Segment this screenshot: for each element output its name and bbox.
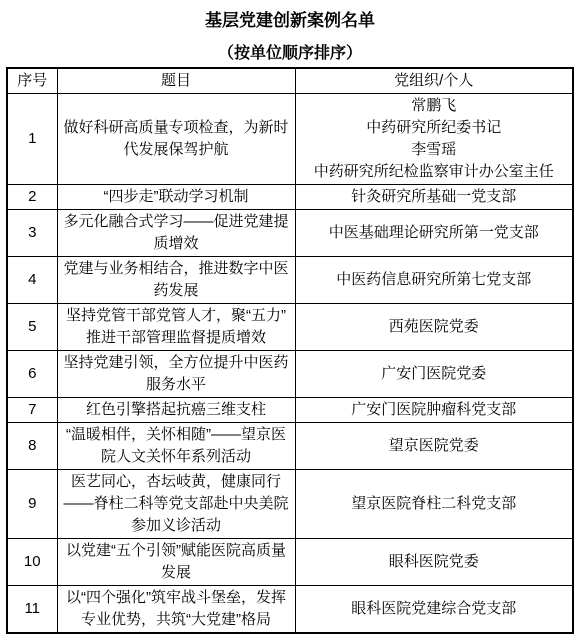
- document-subtitle: （按单位顺序排序）: [0, 44, 580, 64]
- case-title-cell: 党建与业务相结合，推进数字中医药发展: [57, 257, 295, 304]
- case-title-cell: 以党建“五个引领”赋能医院高质量发展: [57, 539, 295, 586]
- org-cell: 广安门医院肿瘤科党支部: [295, 398, 573, 423]
- org-cell: 眼科医院党建综合党支部: [295, 586, 573, 634]
- case-title-cell: “四步走”联动学习机制: [57, 185, 295, 210]
- case-title-cell: 医艺同心，杏坛岐黄，健康同行——脊柱二科等党支部赴中央美院参加义诊活动: [57, 470, 295, 539]
- case-title-cell: 做好科研高质量专项检查，为新时代发展保驾护航: [57, 94, 295, 185]
- header-cell-title: 题目: [57, 68, 295, 94]
- org-cell: 中医基础理论研究所第一党支部: [295, 210, 573, 257]
- org-cell: 针灸研究所基础一党支部: [295, 185, 573, 210]
- row-number-cell: 4: [7, 257, 57, 304]
- table-row: 1 做好科研高质量专项检查，为新时代发展保驾护航 常鹏飞 中药研究所纪委书记 李…: [7, 94, 573, 185]
- row-number-cell: 5: [7, 304, 57, 351]
- table-row: 4 党建与业务相结合，推进数字中医药发展 中医药信息研究所第七党支部: [7, 257, 573, 304]
- table-row: 10 以党建“五个引领”赋能医院高质量发展 眼科医院党委: [7, 539, 573, 586]
- table-row: 6 坚持党建引领，全方位提升中医药服务水平 广安门医院党委: [7, 351, 573, 398]
- case-title-cell: 多元化融合式学习——促进党建提质增效: [57, 210, 295, 257]
- org-cell: 眼科医院党委: [295, 539, 573, 586]
- header-row: 序号 题目 党组织/个人: [7, 68, 573, 94]
- org-cell: 西苑医院党委: [295, 304, 573, 351]
- row-number-cell: 6: [7, 351, 57, 398]
- document-page: 基层党建创新案例名单 （按单位顺序排序） 序号 题目 党组织/个人 1 做好科研…: [0, 0, 580, 634]
- row-number-cell: 9: [7, 470, 57, 539]
- table-row: 7 红色引擎搭起抗癌三维支柱 广安门医院肿瘤科党支部: [7, 398, 573, 423]
- table-row: 9 医艺同心，杏坛岐黄，健康同行——脊柱二科等党支部赴中央美院参加义诊活动 望京…: [7, 470, 573, 539]
- case-title-cell: 红色引擎搭起抗癌三维支柱: [57, 398, 295, 423]
- table-row: 5 坚持党管干部党管人才，聚“五力”推进干部管理监督提质增效 西苑医院党委: [7, 304, 573, 351]
- row-number-cell: 7: [7, 398, 57, 423]
- row-number-cell: 2: [7, 185, 57, 210]
- row-number-cell: 11: [7, 586, 57, 634]
- case-title-cell: 以“四个强化”筑牢战斗堡垒，发挥专业优势，共筑“大党建”格局: [57, 586, 295, 634]
- org-cell: 广安门医院党委: [295, 351, 573, 398]
- row-number-cell: 8: [7, 423, 57, 470]
- row-number-cell: 10: [7, 539, 57, 586]
- table-row: 2 “四步走”联动学习机制 针灸研究所基础一党支部: [7, 185, 573, 210]
- row-number-cell: 1: [7, 94, 57, 185]
- case-title-cell: 坚持党管干部党管人才，聚“五力”推进干部管理监督提质增效: [57, 304, 295, 351]
- org-cell: 中医药信息研究所第七党支部: [295, 257, 573, 304]
- header-cell-org: 党组织/个人: [295, 68, 573, 94]
- org-cell: 望京医院党委: [295, 423, 573, 470]
- case-title-cell: 坚持党建引领，全方位提升中医药服务水平: [57, 351, 295, 398]
- header-cell-no: 序号: [7, 68, 57, 94]
- row-number-cell: 3: [7, 210, 57, 257]
- org-cell: 常鹏飞 中药研究所纪委书记 李雪瑶 中药研究所纪检监察审计办公室主任: [295, 94, 573, 185]
- document-title: 基层党建创新案例名单: [0, 0, 580, 31]
- table-row: 8 “温暖相伴，关怀相随”——望京医院人文关怀年系列活动 望京医院党委: [7, 423, 573, 470]
- case-title-cell: “温暖相伴，关怀相随”——望京医院人文关怀年系列活动: [57, 423, 295, 470]
- table-row: 11 以“四个强化”筑牢战斗堡垒，发挥专业优势，共筑“大党建”格局 眼科医院党建…: [7, 586, 573, 634]
- case-table: 序号 题目 党组织/个人 1 做好科研高质量专项检查，为新时代发展保驾护航 常鹏…: [6, 67, 574, 634]
- org-cell: 望京医院脊柱二科党支部: [295, 470, 573, 539]
- table-row: 3 多元化融合式学习——促进党建提质增效 中医基础理论研究所第一党支部: [7, 210, 573, 257]
